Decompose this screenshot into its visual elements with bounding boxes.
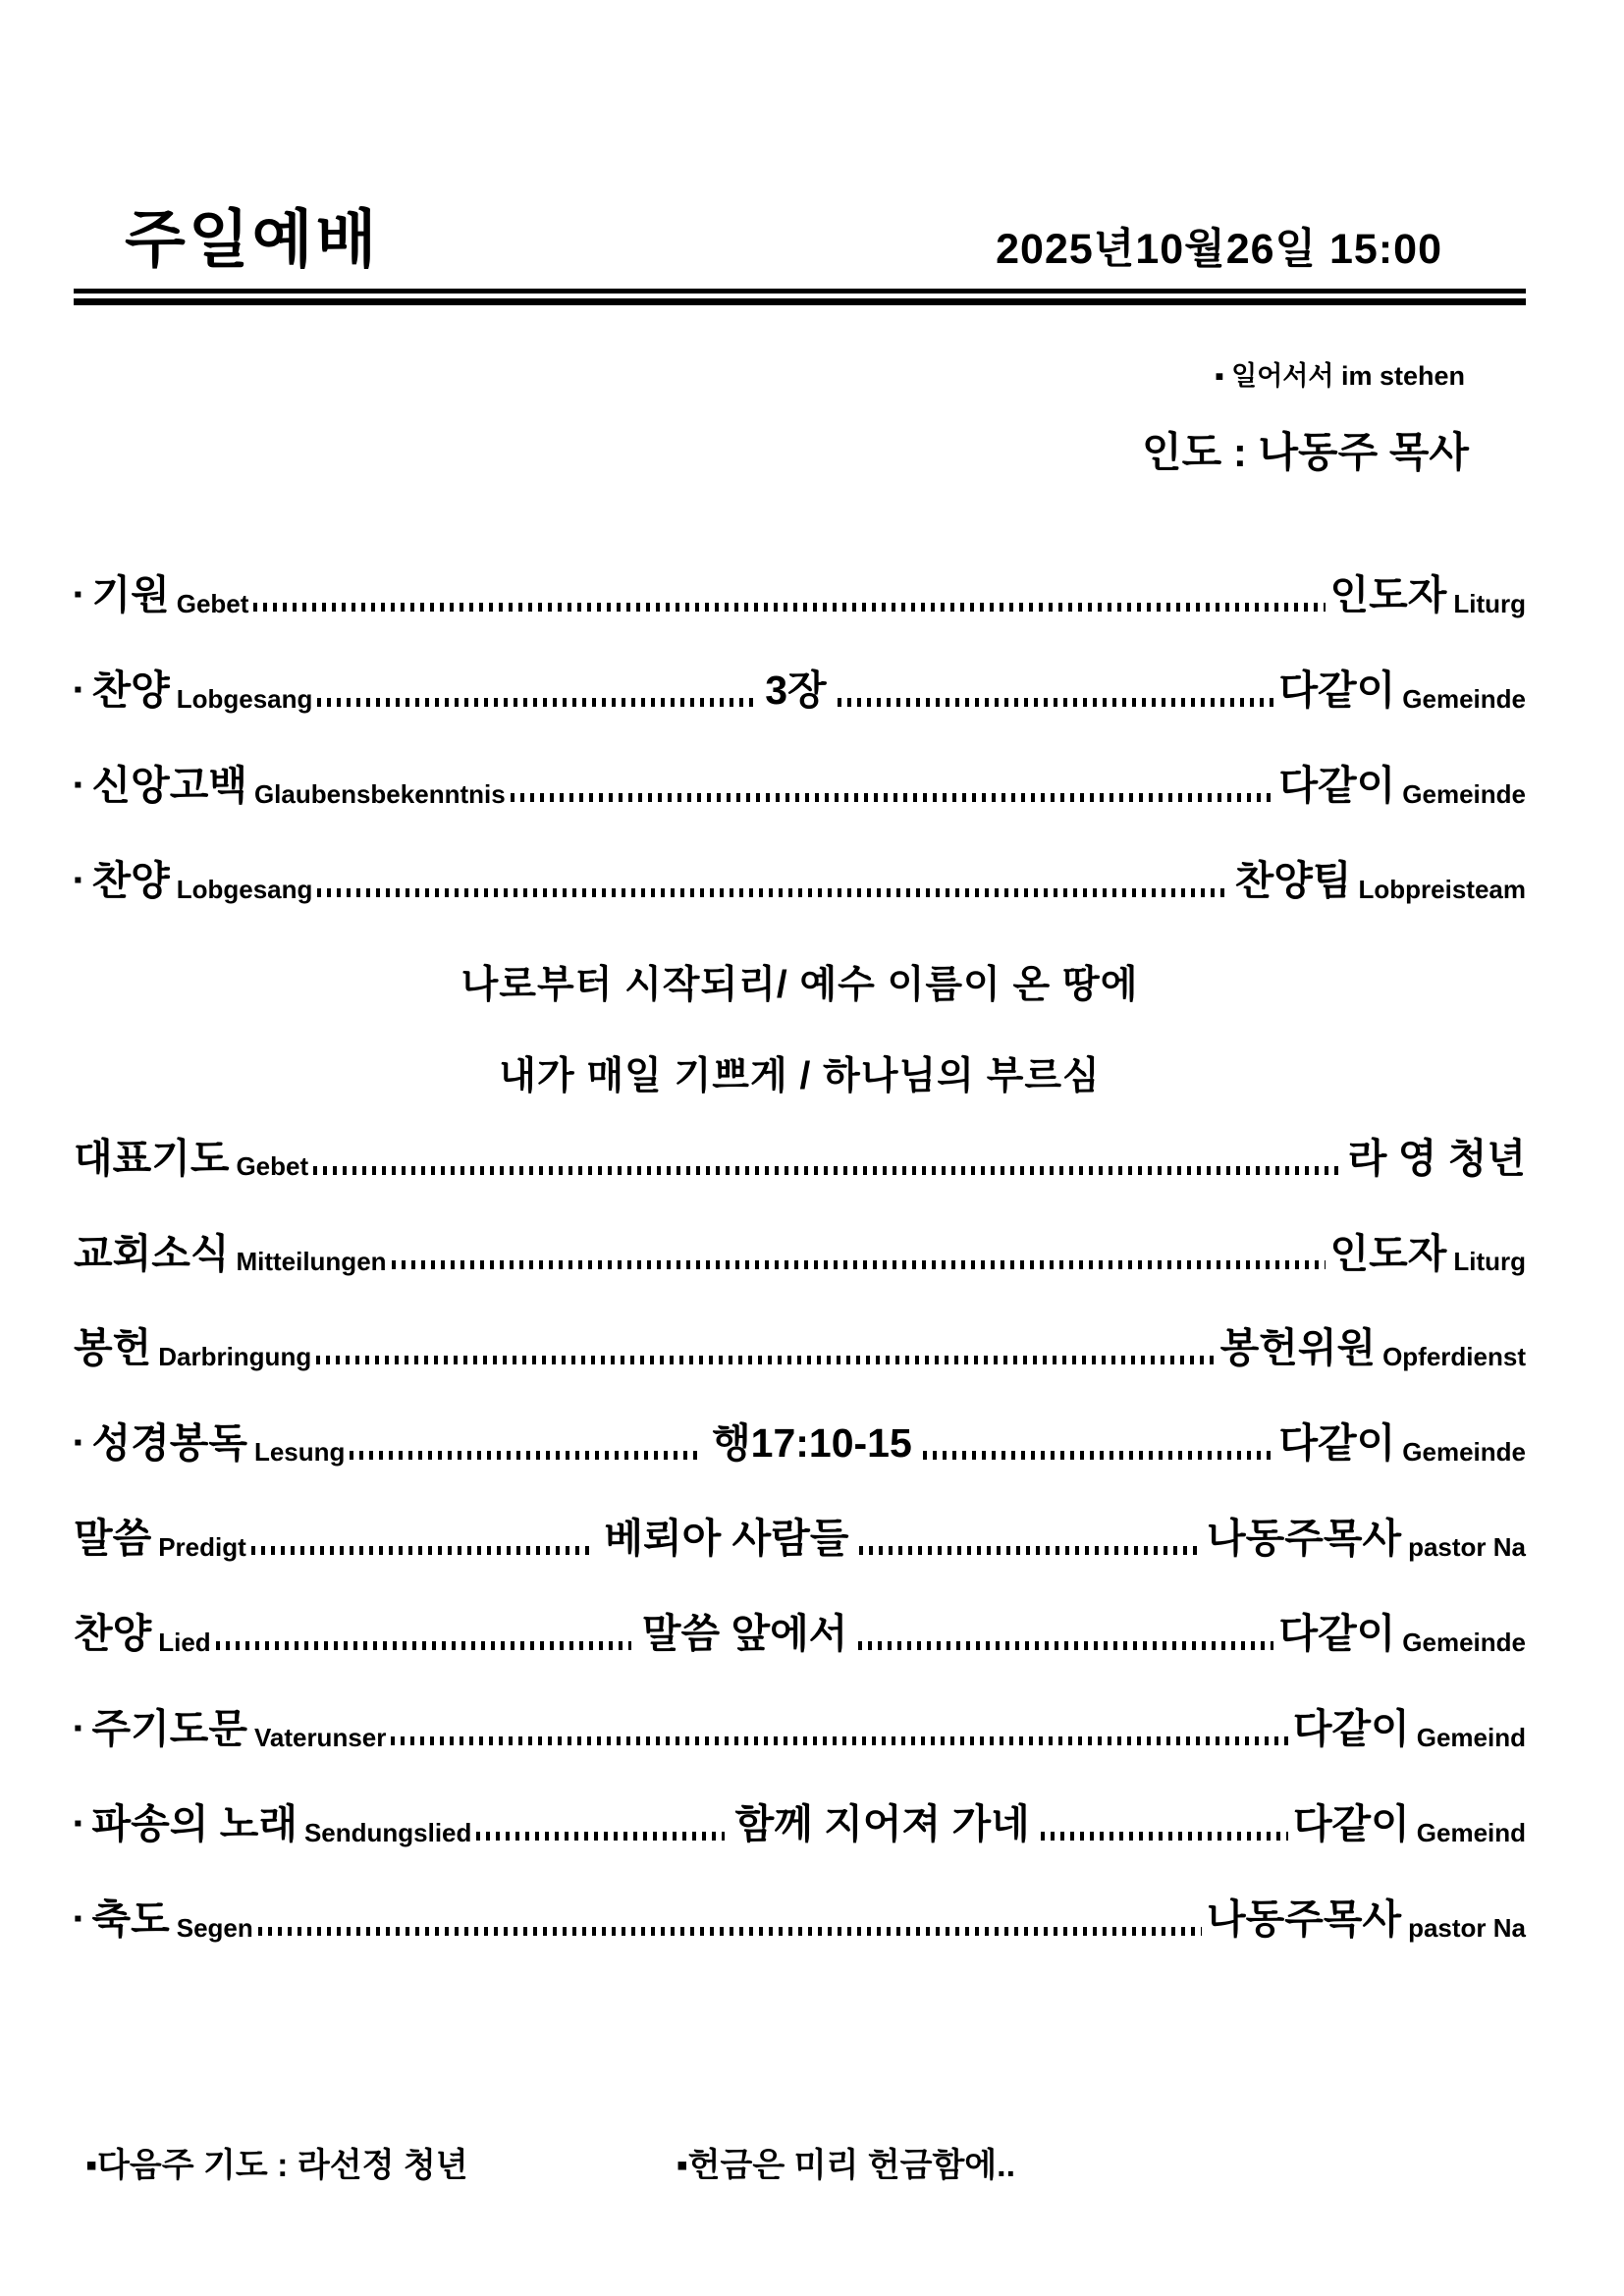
item-detail: 3장 (759, 668, 832, 714)
item-title-ko: 찬양 (92, 859, 170, 904)
service-datetime: 2025년10월26일 15:00 (996, 229, 1442, 271)
item-title-ko: 말씀 (74, 1517, 151, 1562)
item-responsible-de: Gemeinde (1402, 1629, 1526, 1657)
item-responsible-ko: 찬양팀 (1235, 859, 1352, 904)
page-title: 주일예배 (125, 208, 379, 271)
item-title-de: Mitteilungen (236, 1248, 386, 1276)
program-line-benediction: ▪ 축도 Segen 나동주목사 pastor Na (74, 1897, 1526, 1943)
program-line-representative-prayer: 대표기도 Gebet 라 영 청년 (74, 1137, 1526, 1182)
song-line: 내가 매일 기쁘게 / 하나님의 부르심 (74, 1045, 1526, 1100)
program-line-invocation: ▪ 기원 Gebet 인도자 Liturg (74, 573, 1526, 618)
item-title-de: Sendungslied (304, 1819, 471, 1847)
item-responsible-de: Gemeinde (1402, 685, 1526, 714)
dotted-leader (392, 1260, 1326, 1269)
bullet-marker: ▪ (74, 1906, 82, 1933)
item-responsible-ko: 다같이 (1278, 1612, 1395, 1657)
item-responsible-ko: 다같이 (1278, 764, 1395, 809)
bullet-marker: ▪ (74, 582, 82, 609)
item-title-de: Lesung (254, 1438, 345, 1467)
dotted-leader (350, 1451, 701, 1460)
footer-notes: ▪다음주 기도 : 라선정 청년 ▪헌금은 미리 헌금함에.. (74, 2138, 1526, 2186)
standing-note: ▪ 일어서서 im stehen (74, 354, 1465, 393)
bulletin-page: 주일예배 2025년10월26일 15:00 ▪ 일어서서 im stehen … (0, 0, 1624, 2296)
dotted-leader (258, 1927, 1202, 1936)
double-rule-divider (74, 289, 1526, 305)
item-responsible-de: Gemeinde (1402, 1438, 1526, 1467)
header: 주일예배 2025년10월26일 15:00 (74, 208, 1526, 271)
item-title-ko: 주기도문 (92, 1707, 247, 1752)
program-line-lords-prayer: ▪ 주기도문 Vaterunser 다같이 Gemeind (74, 1707, 1526, 1752)
item-responsible-ko: 다같이 (1278, 668, 1395, 714)
dotted-leader (923, 1451, 1274, 1460)
program-line-creed: ▪ 신앙고백 Glaubensbekenntnis 다같이 Gemeinde (74, 764, 1526, 809)
item-responsible-ko: 다같이 (1293, 1707, 1410, 1752)
item-responsible-ko: 라 영 청년 (1348, 1137, 1526, 1182)
bullet-marker: ▪ (74, 1811, 82, 1838)
item-title-de: Darbringung (158, 1343, 311, 1371)
service-leader-note: 인도 : 나동주 목사 (74, 420, 1469, 479)
item-detail: 베뢰아 사람들 (598, 1517, 854, 1562)
bullet-marker: ▪ (74, 868, 82, 894)
item-title-de: Vaterunser (254, 1724, 386, 1752)
dotted-leader (317, 888, 1229, 897)
item-title-de: Lobgesang (177, 876, 313, 904)
dotted-leader (313, 1166, 1343, 1175)
item-responsible-ko: 인도자 (1330, 573, 1447, 618)
item-title-ko: 찬양 (92, 668, 170, 714)
item-title-ko: 성경봉독 (92, 1421, 247, 1467)
program-line-praise-team-song: ▪ 찬양 Lobgesang 찬양팀 Lobpreisteam (74, 859, 1526, 904)
item-title-de: Lied (158, 1629, 210, 1657)
item-title-de: Lobgesang (177, 685, 313, 714)
item-title-ko: 교회소식 (74, 1232, 229, 1277)
dotted-leader (511, 793, 1274, 802)
dotted-leader (216, 1641, 631, 1650)
item-responsible-de: pastor Na (1408, 1533, 1526, 1562)
program-line-announcements: 교회소식 Mitteilungen 인도자 Liturg (74, 1232, 1526, 1277)
item-title-de: Glaubensbekenntnis (254, 780, 506, 809)
item-responsible-ko: 다같이 (1278, 1421, 1395, 1467)
item-responsible-de: Gemeind (1417, 1724, 1526, 1752)
program-line-praise-hymn: ▪ 찬양 Lobgesang 3장 다같이 Gemeinde (74, 668, 1526, 714)
item-responsible-de: Lobpreisteam (1359, 876, 1527, 904)
dotted-leader (317, 698, 754, 707)
program-line-sermon: 말씀 Predigt 베뢰아 사람들 나동주목사 pastor Na (74, 1517, 1526, 1562)
program-line-scripture-reading: ▪ 성경봉독 Lesung 행17:10-15 다같이 Gemeinde (74, 1421, 1526, 1467)
bullet-marker: ▪ (74, 1716, 82, 1742)
item-detail: 함께 지어져 가네 (730, 1802, 1036, 1847)
item-responsible-de: Gemeind (1417, 1819, 1526, 1847)
item-title-ko: 기원 (92, 573, 170, 618)
item-title-de: Segen (177, 1914, 253, 1943)
item-title-de: Gebet (177, 590, 249, 618)
item-responsible-de: pastor Na (1408, 1914, 1526, 1943)
item-title-ko: 신앙고백 (92, 764, 247, 809)
dotted-leader (251, 1546, 594, 1555)
dotted-leader (316, 1356, 1215, 1364)
item-detail: 행17:10-15 (706, 1421, 918, 1467)
item-responsible-ko: 나동주목사 (1207, 1517, 1401, 1562)
item-responsible-ko: 나동주목사 (1207, 1897, 1401, 1943)
offering-note: ▪헌금은 미리 헌금함에.. (677, 2138, 1015, 2186)
dotted-leader (1041, 1832, 1288, 1841)
item-title-ko: 대표기도 (74, 1137, 229, 1182)
program-line-offering: 봉헌 Darbringung 봉헌위원 Opferdienst (74, 1326, 1526, 1371)
item-responsible-de: Liturg (1453, 590, 1526, 618)
item-responsible-de: Opferdienst (1382, 1343, 1526, 1371)
dotted-leader (838, 698, 1274, 707)
item-title-de: Predigt (158, 1533, 246, 1562)
item-responsible-ko: 봉헌위원 (1220, 1326, 1376, 1371)
item-detail: 말씀 앞에서 (636, 1612, 853, 1657)
praise-song-titles: 나로부터 시작되리/ 예수 이름이 온 땅에 내가 매일 기쁘게 / 하나님의 … (74, 954, 1526, 1100)
program-line-sending-song: ▪ 파송의 노래 Sendungslied 함께 지어져 가네 다같이 Geme… (74, 1802, 1526, 1847)
bullet-marker: ▪ (74, 773, 82, 799)
item-title-de: Gebet (236, 1152, 308, 1181)
item-responsible-ko: 다같이 (1293, 1802, 1410, 1847)
song-line: 나로부터 시작되리/ 예수 이름이 온 땅에 (74, 954, 1526, 1009)
item-responsible-ko: 인도자 (1330, 1232, 1447, 1277)
item-responsible-de: Gemeinde (1402, 780, 1526, 809)
bullet-marker: ▪ (74, 1430, 82, 1457)
dotted-leader (859, 1546, 1202, 1555)
dotted-leader (391, 1736, 1288, 1745)
item-responsible-de: Liturg (1453, 1248, 1526, 1276)
next-week-prayer-note: ▪다음주 기도 : 라선정 청년 (85, 2138, 468, 2186)
item-title-ko: 찬양 (74, 1612, 151, 1657)
item-title-ko: 봉헌 (74, 1326, 151, 1371)
order-of-service: ▪ 기원 Gebet 인도자 Liturg ▪ 찬양 Lobgesang 3장 … (74, 573, 1526, 1993)
dotted-leader (476, 1832, 724, 1841)
item-title-ko: 파송의 노래 (92, 1802, 298, 1847)
bullet-marker: ▪ (74, 677, 82, 704)
item-title-ko: 축도 (92, 1897, 170, 1943)
dotted-leader (253, 603, 1325, 612)
program-line-response-hymn: 찬양 Lied 말씀 앞에서 다같이 Gemeinde (74, 1612, 1526, 1657)
dotted-leader (858, 1641, 1273, 1650)
